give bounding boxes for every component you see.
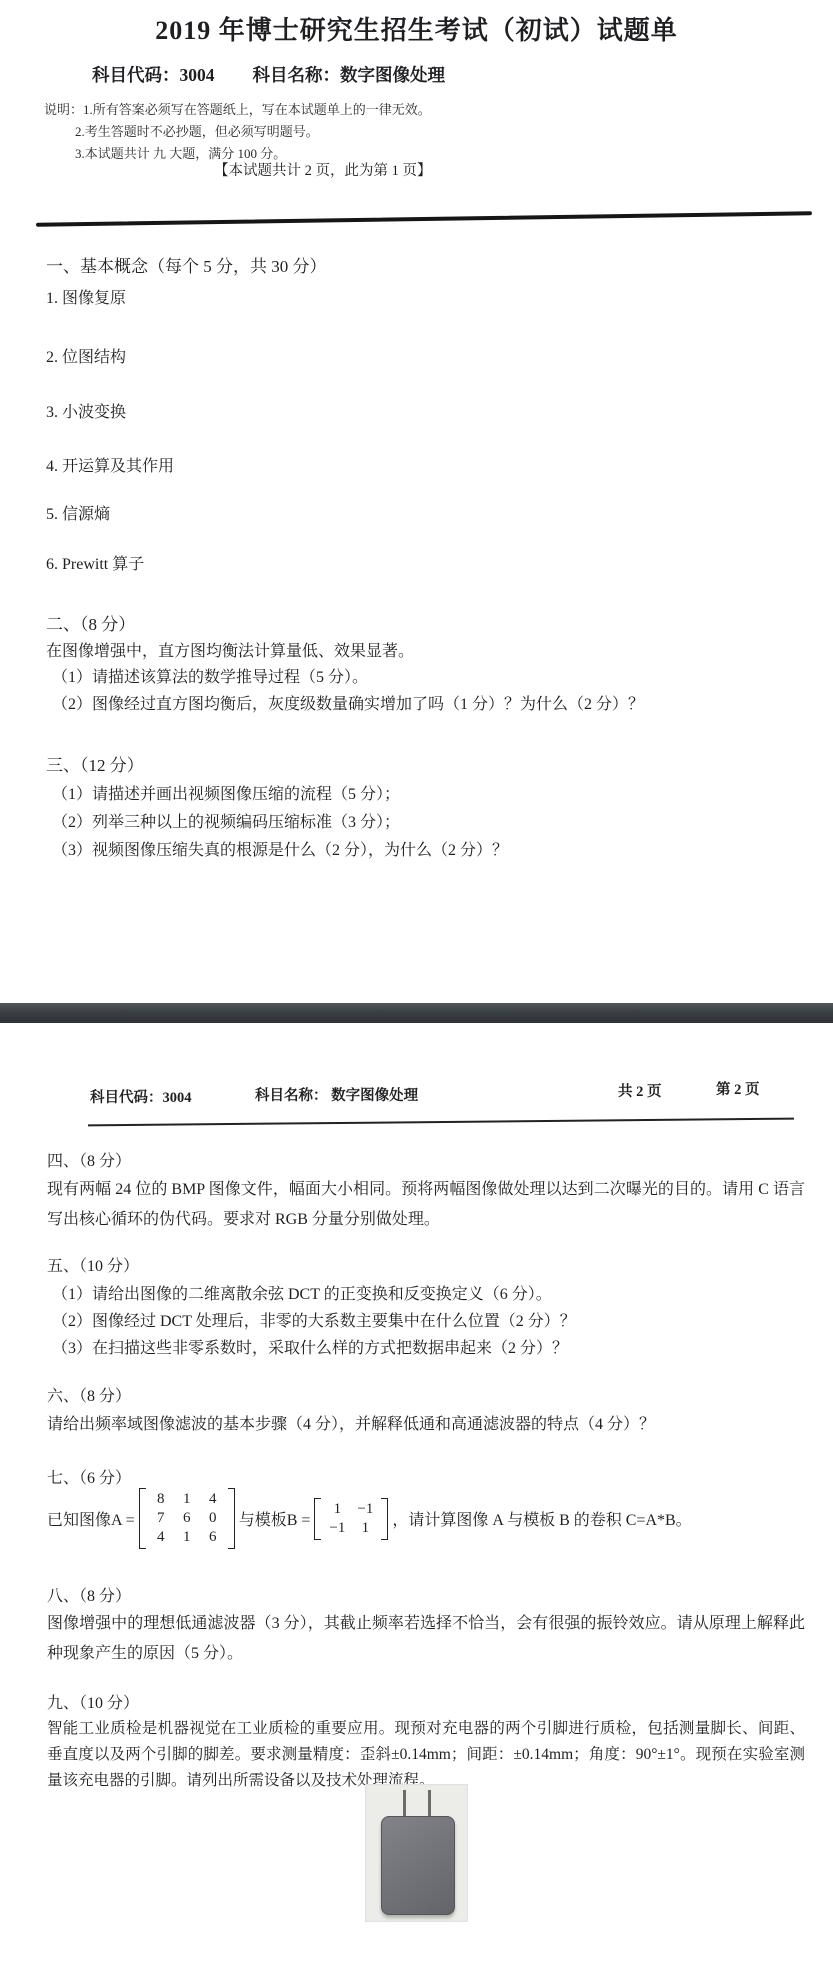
matrix-b-cell: 1: [329, 1500, 345, 1519]
q4-heading: 四、（8 分）: [47, 1148, 131, 1171]
charger-pin-right: [428, 1790, 431, 1818]
matrix-a-cell: 0: [205, 1509, 221, 1528]
q1-item-2: 2. 位图结构: [46, 344, 126, 367]
charger-pin-left: [403, 1790, 406, 1818]
matrix-b-cell: 1: [357, 1519, 373, 1538]
header-rule-page1: [36, 211, 812, 227]
subject-code: 科目代码：3004: [92, 65, 215, 85]
matrix-a-cell: 8: [153, 1490, 169, 1509]
matrix-a: 814 760 416: [139, 1488, 235, 1549]
page-count-note: 【本试题共计 2 页，此为第 1 页】: [214, 159, 432, 180]
matrix-a-cell: 7: [153, 1509, 169, 1528]
scanned-exam-sheet: { "colors": { "ink": "#1f1f23", "separat…: [0, 0, 833, 1967]
q1-item-3: 3. 小波变换: [46, 399, 126, 422]
q1-heading: 一、基本概念（每个 5 分，共 30 分）: [46, 252, 327, 277]
header-rule-page2: [88, 1118, 794, 1127]
q3-heading: 三、（12 分）: [46, 751, 144, 776]
page-separator-band: [0, 1003, 833, 1023]
instruction-line-2: 2.考生答题时不必抄题，但必须写明题号。: [75, 121, 319, 140]
q2-lead: 在图像增强中，直方图均衡法计算量低、效果显著。: [46, 638, 414, 661]
matrix-a-cell: 4: [205, 1490, 221, 1509]
q7-heading: 七、（6 分）: [47, 1465, 131, 1488]
q5-item-3: （3）在扫描这些非零系数时，采取什么样的方式把数据串起来（2 分）？: [52, 1335, 568, 1358]
q1-item-4: 4. 开运算及其作用: [46, 453, 174, 476]
q3-item-2: （2）列举三种以上的视频编码压缩标准（3 分）；: [52, 809, 400, 832]
matrix-a-cell: 6: [179, 1509, 195, 1528]
q6-body: 请给出频率域图像滤波的基本步骤（4 分），并解释低通和高通滤波器的特点（4 分）…: [47, 1411, 655, 1434]
instruction-text: 1.所有答案必须写在答题纸上，写在本试题单上的一律无效。: [83, 102, 431, 117]
q6-heading: 六、（8 分）: [47, 1383, 131, 1406]
q7-equation-row: 已知图像A = 814 760 416 与模板B = 1−1 −11 ，请计算图…: [47, 1488, 692, 1549]
q2-item-1: （1）请描述该算法的数学推导过程（5 分）。: [52, 664, 368, 687]
p2-page-number: 第 2 页: [716, 1078, 760, 1099]
matrix-b-cell: −1: [357, 1500, 373, 1519]
p2-subject-code: 科目代码：3004: [90, 1086, 192, 1107]
q3-item-3: （3）视频图像压缩失真的根源是什么（2 分），为什么（2 分）？: [52, 837, 508, 860]
matrix-b: 1−1 −11: [314, 1498, 388, 1540]
page1-title: 2019 年博士研究生招生考试（初试）试题单: [0, 10, 833, 47]
q5-heading: 五、（10 分）: [47, 1253, 139, 1276]
instruction-line-1: 说明：1.所有答案必须写在答题纸上，写在本试题单上的一律无效。: [44, 99, 431, 118]
p2-total-pages: 共 2 页: [618, 1080, 662, 1101]
q2-item-2: （2）图像经过直方图均衡后，灰度级数量确实增加了吗（1 分）？为什么（2 分）？: [52, 691, 644, 714]
q1-item-6: 6. Prewitt 算子: [46, 551, 144, 574]
p2-subject-name: 科目名称： 数字图像处理: [255, 1084, 418, 1105]
matrix-a-cell: 1: [179, 1490, 195, 1509]
page1-subject-line: 科目代码：3004科目名称：数字图像处理: [92, 62, 445, 87]
charger-body: [381, 1816, 455, 1915]
q4-body: 现有两幅 24 位的 BMP 图像文件，幅面大小相同。预将两幅图像做处理以达到二…: [47, 1175, 805, 1235]
subject-name: 科目名称：数字图像处理: [253, 65, 446, 85]
q1-item-5: 5. 信源熵: [46, 501, 110, 524]
q3-item-1: （1）请描述并画出视频图像压缩的流程（5 分）；: [52, 781, 400, 804]
q5-item-2: （2）图像经过 DCT 处理后，非零的大系数主要集中在什么位置（2 分）？: [52, 1308, 576, 1331]
matrix-a-cell: 6: [205, 1528, 221, 1547]
q1-item-1: 1. 图像复原: [46, 285, 126, 308]
q8-body: 图像增强中的理想低通滤波器（3 分），其截止频率若选择不恰当，会有很强的振铃效应…: [47, 1609, 805, 1669]
q9-body: 智能工业质检是机器视觉在工业质检的重要应用。现预对充电器的两个引脚进行质检，包括…: [47, 1716, 805, 1794]
instructions-label: 说明：: [44, 102, 83, 117]
matrix-a-cell: 4: [153, 1528, 169, 1547]
charger-photo: [365, 1784, 468, 1922]
matrix-a-cell: 1: [179, 1528, 195, 1547]
q8-heading: 八、（8 分）: [47, 1583, 131, 1606]
q7-suffix: ，请计算图像 A 与模板 B 的卷积 C=A*B。: [392, 1507, 691, 1530]
q7-prefix: 已知图像A =: [47, 1507, 135, 1530]
q9-heading: 九、（10 分）: [47, 1690, 139, 1713]
q5-item-1: （1）请给出图像的二维离散余弦 DCT 的正变换和反变换定义（6 分）。: [52, 1281, 552, 1304]
q2-heading: 二、（8 分）: [46, 610, 135, 635]
q7-middle: 与模板B =: [239, 1507, 311, 1530]
matrix-b-cell: −1: [329, 1519, 345, 1538]
